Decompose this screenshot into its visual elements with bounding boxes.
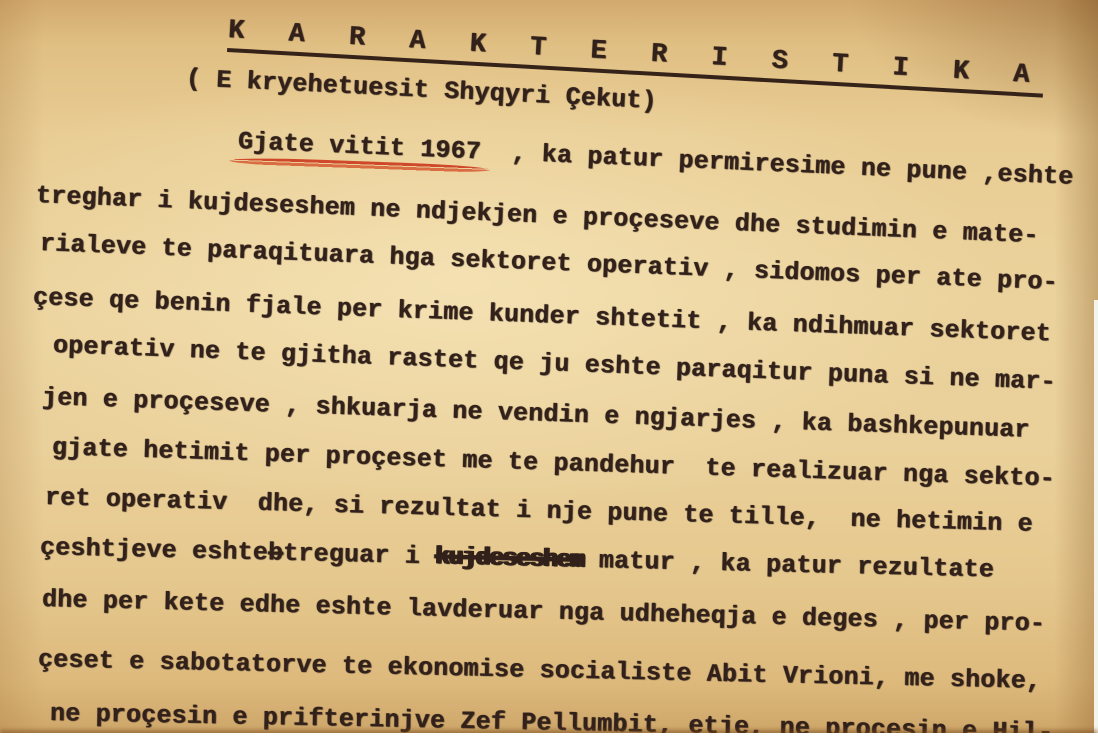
text-line-9-pre: çeshtjeve eshte: [40, 533, 269, 567]
text-line-9-mid: treguar i: [283, 539, 436, 572]
scanned-document-page: K A R A K T E R I S T I K A ( E kryehetu…: [0, 0, 1098, 742]
photo-edge-right: [1094, 300, 1098, 742]
photo-edge-bottom: [0, 733, 1098, 742]
struck-character: b: [268, 538, 284, 567]
struck-word: kujdeseshem: [435, 542, 584, 574]
